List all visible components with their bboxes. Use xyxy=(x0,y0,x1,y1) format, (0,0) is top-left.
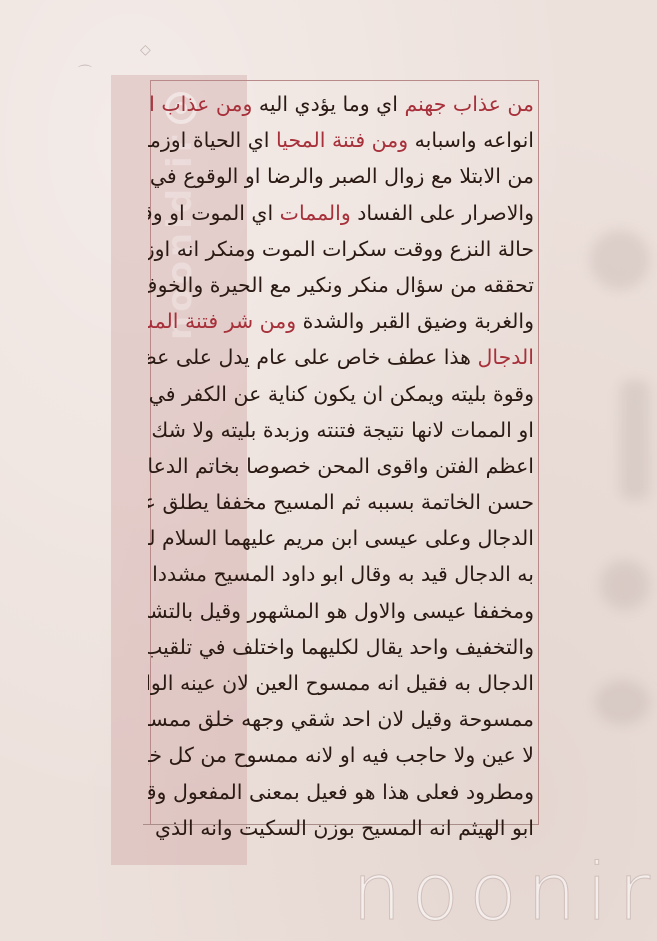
body-text: اعظم الفتن واقوى المحن خصوصا بخاتم الدعا… xyxy=(148,454,534,478)
paper-mark: ◇ xyxy=(140,42,151,58)
manuscript-line: ممسوحة وقيل لان احد شقي وجهه خلق ممسوحا xyxy=(148,701,538,737)
manuscript-line: حالة النزع ووقت سكرات الموت ومنكر انه او… xyxy=(148,231,538,267)
body-text: اي وما يؤدي اليه xyxy=(252,92,404,116)
manuscript-text: من عذاب جهنم اي وما يؤدي اليه ومن عذاب ا… xyxy=(148,86,538,846)
manuscript-page: ◇ ⌒ noonid.ir من عذاب جهنم اي وما يؤدي ا… xyxy=(0,0,657,941)
brand-watermark: noonir xyxy=(352,848,657,938)
body-text: ومخففا عيسى والاول هو المشهور وقيل بالتش… xyxy=(148,599,534,623)
body-text: به الدجال قيد به وقال ابو داود المسيح مش… xyxy=(148,562,534,586)
body-text: تحققه من سؤال منكر ونكير مع الحيرة والخو… xyxy=(148,273,534,297)
manuscript-line: والغربة وضيق القبر والشدة ومن شر فتنة ال… xyxy=(148,303,538,339)
manuscript-line: لا عين ولا حاجب فيه او لانه ممسوح من كل … xyxy=(148,737,538,773)
body-text: ابو الهيثم انه المسيح بوزن السكيت وانه ا… xyxy=(148,816,534,840)
rubric-text: الدجال xyxy=(477,345,534,369)
body-text: الدجال وعلى عيسى ابن مريم عليهما السلام … xyxy=(148,526,534,550)
paper-mark: ⌒ xyxy=(78,62,92,82)
manuscript-line: من عذاب جهنم اي وما يؤدي اليه ومن عذاب ا… xyxy=(148,86,538,122)
body-text: والغربة وضيق القبر والشدة xyxy=(296,309,534,333)
manuscript-line: او الممات لانها نتيجة فتنته وزبدة بليته … xyxy=(148,412,538,448)
body-text: هذا عطف خاص على عام يدل على عظمة فتنته xyxy=(148,345,477,369)
rubric-text: ومن شر فتنة المسيح xyxy=(148,309,296,333)
manuscript-line: ومخففا عيسى والاول هو المشهور وقيل بالتش… xyxy=(148,593,538,629)
body-text: حالة النزع ووقت سكرات الموت ومنكر انه او… xyxy=(148,237,534,261)
manuscript-line: من الابتلا مع زوال الصبر والرضا او الوقو… xyxy=(148,158,538,194)
manuscript-line: وقوة بليته ويمكن ان يكون كناية عن الكفر … xyxy=(148,376,538,412)
manuscript-line: ومطرود فعلى هذا هو فعيل بمعنى المفعول وق… xyxy=(148,774,538,810)
manuscript-line: اعظم الفتن واقوى المحن خصوصا بخاتم الدعا… xyxy=(148,448,538,484)
manuscript-line: الدجال هذا عطف خاص على عام يدل على عظمة … xyxy=(148,339,538,375)
manuscript-line: والاصرار على الفساد والممات اي الموت او … xyxy=(148,195,538,231)
manuscript-line: ابو الهيثم انه المسيح بوزن السكيت وانه ا… xyxy=(148,810,538,846)
manuscript-line: والتخفيف واحد يقال لكليهما واختلف في تلق… xyxy=(148,629,538,665)
body-text: انواعه واسبابه xyxy=(408,128,534,152)
rubric-text: والممات xyxy=(280,201,351,225)
manuscript-line: تحققه من سؤال منكر ونكير مع الحيرة والخو… xyxy=(148,267,538,303)
manuscript-line: الدجال به فقيل انه ممسوح العين لان عينه … xyxy=(148,665,538,701)
background-shadow-ornament xyxy=(595,680,650,725)
body-text: والاصرار على الفساد xyxy=(351,201,534,225)
background-shadow-ornament xyxy=(620,380,650,500)
manuscript-line: الدجال وعلى عيسى ابن مريم عليهما السلام … xyxy=(148,520,538,556)
manuscript-line: به الدجال قيد به وقال ابو داود المسيح مش… xyxy=(148,556,538,592)
body-text: او الممات لانها نتيجة فتنته وزبدة بليته … xyxy=(148,418,534,442)
body-text: اي الحياة اوزمانها xyxy=(148,128,276,152)
rubric-text: ومن عذاب القبر xyxy=(148,92,252,116)
body-text: اي الموت او وقته من xyxy=(148,201,280,225)
body-text: لا عين ولا حاجب فيه او لانه ممسوح من كل … xyxy=(148,743,534,767)
rubric-text: ومن فتنة المحيا xyxy=(276,128,408,152)
body-text: والتخفيف واحد يقال لكليهما واختلف في تلق… xyxy=(148,635,534,659)
body-text: ممسوحة وقيل لان احد شقي وجهه خلق ممسوحا xyxy=(148,707,534,731)
body-text: حسن الخاتمة بسببه ثم المسيح مخففا يطلق ع… xyxy=(148,490,534,514)
rubric-text: من عذاب جهنم xyxy=(404,92,534,116)
body-text: ومطرود فعلى هذا هو فعيل بمعنى المفعول وق… xyxy=(148,780,534,804)
background-shadow-ornament xyxy=(590,230,650,290)
body-text: من الابتلا مع زوال الصبر والرضا او الوقو… xyxy=(148,164,534,188)
manuscript-line: حسن الخاتمة بسببه ثم المسيح مخففا يطلق ع… xyxy=(148,484,538,520)
body-text: وقوة بليته ويمكن ان يكون كناية عن الكفر … xyxy=(148,382,534,406)
background-shadow-ornament xyxy=(600,560,650,610)
manuscript-line: انواعه واسبابه ومن فتنة المحيا اي الحياة… xyxy=(148,122,538,158)
body-text: الدجال به فقيل انه ممسوح العين لان عينه … xyxy=(148,671,534,695)
